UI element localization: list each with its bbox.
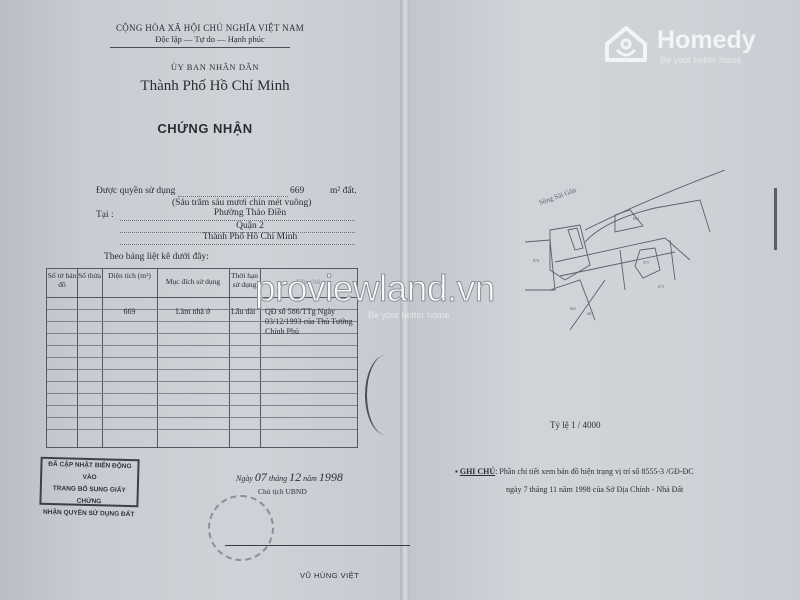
header-area: Diện tích (m²) <box>102 271 157 280</box>
proviewland-tagline: Be your better home <box>368 310 450 320</box>
date-month-label: tháng <box>269 474 287 483</box>
stamp-line: NHẬN QUYỀN SỬ DỤNG ĐẤT <box>41 507 136 521</box>
stamp-line: ĐÃ CẬP NHẬT BIẾN ĐỘNG VÀO <box>42 459 138 485</box>
table-rule <box>47 429 357 430</box>
note-heading: GHI CHÚ <box>460 467 495 476</box>
date-year-label: năm <box>303 474 317 483</box>
national-motto: Độc lập — Tự do — Hạnh phúc <box>105 34 315 44</box>
issue-date: Ngày 07 tháng 12 năm 1998 <box>236 470 343 485</box>
table-rule <box>47 405 357 406</box>
proviewland-watermark: proviewland.vn <box>255 268 495 310</box>
homedy-logo: Homedy <box>657 26 756 55</box>
note-text: : Phần chi tiết xem bản đồ hiện trạng vị… <box>495 467 693 476</box>
cell-note: QĐ số 586/TTg Ngày 03/12/1993 của Thủ Tư… <box>265 307 355 337</box>
national-title: CỘNG HÒA XÃ HỘI CHỦ NGHĨA VIỆT NAM <box>105 23 315 33</box>
cell-purpose: Làm nhà ở <box>157 307 229 317</box>
table-rule <box>47 381 357 382</box>
cell-area: 669 <box>102 307 157 317</box>
authority-city: Thành Phố Hồ Chí Minh <box>115 78 315 95</box>
table-intro: Theo bảng liệt kê dưới đây: <box>104 252 209 262</box>
table-rule <box>47 417 357 418</box>
official-seal-icon <box>208 495 274 561</box>
map-river-label: Sông Sài Gòn <box>538 186 578 207</box>
area-value: 669 <box>290 186 304 196</box>
district-seal-icon <box>365 355 407 435</box>
dotted-line <box>178 196 288 197</box>
area-unit: m² đất. <box>330 186 357 196</box>
signer-role: Chủ tịch UBND <box>258 487 307 496</box>
table-column-divider <box>157 269 158 447</box>
authority-name: ỦY BAN NHÂN DÂN <box>140 62 290 72</box>
table-rule <box>47 393 357 394</box>
signature-stroke <box>225 545 410 546</box>
table-rule <box>47 357 357 358</box>
date-day: 07 <box>255 470 267 484</box>
update-stamp: ĐÃ CẬP NHẬT BIẾN ĐỘNG VÀO TRANG BỔ SUNG … <box>39 457 139 508</box>
header-parcel: Số thửa <box>77 271 102 280</box>
map-parcel-label: 571 <box>643 260 649 265</box>
table-rule <box>47 345 357 346</box>
map-parcel-label: 604 <box>633 216 639 221</box>
district-name: Quận 2 <box>180 221 320 231</box>
table-column-divider <box>229 269 230 447</box>
map-parcel-label: 663 <box>587 311 593 316</box>
header-map-sheet: Số tờ bản đồ <box>47 271 77 289</box>
date-prefix: Ngày <box>236 474 253 483</box>
homedy-tagline: Be your better home <box>660 55 742 65</box>
map-scale: Tỷ lệ 1 / 4000 <box>550 420 601 430</box>
signer-name: VŨ HÙNG VIỆT <box>300 571 359 580</box>
map-note-line-1: ▪ GHI CHÚ: Phần chi tiết xem bản đồ hiện… <box>455 467 694 476</box>
parcel-map: Sông Sài Gòn 604 571 673 674 661 663 <box>525 170 725 330</box>
date-year: 1998 <box>319 470 343 484</box>
area-in-words: (Sáu trăm sáu mươi chín mét vuông) <box>172 198 311 208</box>
map-parcel-label: 661 <box>570 306 576 311</box>
date-month: 12 <box>289 470 301 484</box>
map-parcel-label: 673 <box>658 284 664 289</box>
map-note-line-2: ngày 7 tháng 11 năm 1998 của Sở Địa Chín… <box>506 485 683 494</box>
table-column-divider <box>102 269 103 447</box>
map-parcel-label: 674 <box>533 258 539 263</box>
ward-name: Phường Thảo Điền <box>180 208 320 218</box>
location-city: Thành Phố Hồ Chí Minh <box>170 232 330 242</box>
stamp-line: TRANG BỔ SUNG GIẤY CHỨNG <box>41 483 137 509</box>
header-divider <box>110 47 290 48</box>
header-purpose: Mục đích sử dụng <box>157 277 229 286</box>
right-of-use-label: Được quyền sử dụng <box>96 186 175 196</box>
staple-mark <box>774 188 777 250</box>
homedy-house-icon <box>603 24 649 64</box>
document-title: CHỨNG NHẬN <box>140 121 270 136</box>
dotted-line <box>120 244 355 245</box>
table-rule <box>47 369 357 370</box>
table-column-divider <box>77 269 78 447</box>
location-label: Tại : <box>96 210 114 220</box>
